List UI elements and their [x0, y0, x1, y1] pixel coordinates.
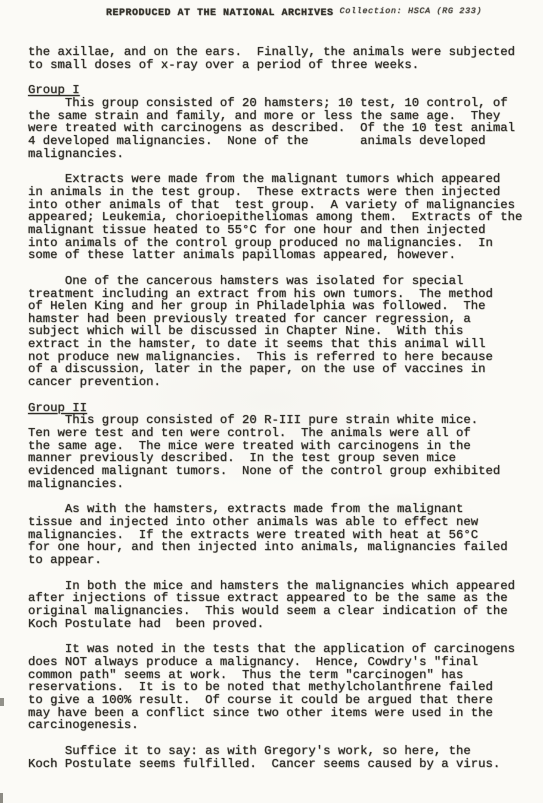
group-2-paragraph-2: As with the hamsters, extracts made from… [28, 503, 531, 566]
group-1-paragraph-2: Extracts were made from the malignant tu… [28, 173, 531, 262]
paragraph-continuation: the axillae, and on the ears. Finally, t… [28, 46, 531, 71]
scan-artifact-left-smudge [0, 698, 4, 706]
scan-artifact-left-edge [0, 793, 3, 803]
scanned-document-page: REPRODUCED AT THE NATIONAL ARCHIVES Coll… [0, 0, 543, 803]
archive-stamp: REPRODUCED AT THE NATIONAL ARCHIVES [106, 8, 334, 19]
group-2-paragraph-5: Suffice it to say: as with Gregory's wor… [28, 745, 531, 770]
group-1-paragraph-3: One of the cancerous hamsters was isolat… [28, 275, 531, 389]
archive-stamp-row: REPRODUCED AT THE NATIONAL ARCHIVES Coll… [0, 0, 543, 19]
group-1-paragraph-1: This group consisted of 20 hamsters; 10 … [28, 97, 531, 160]
group-2-paragraph-4: It was noted in the tests that the appli… [28, 643, 531, 732]
document-body: the axillae, and on the ears. Finally, t… [0, 19, 543, 770]
collection-label: Collection: HSCA (RG 233) [340, 6, 483, 16]
group-2-paragraph-3: In both the mice and hamsters the malign… [28, 580, 531, 631]
group-2-paragraph-1: This group consisted of 20 R-III pure st… [28, 414, 531, 490]
